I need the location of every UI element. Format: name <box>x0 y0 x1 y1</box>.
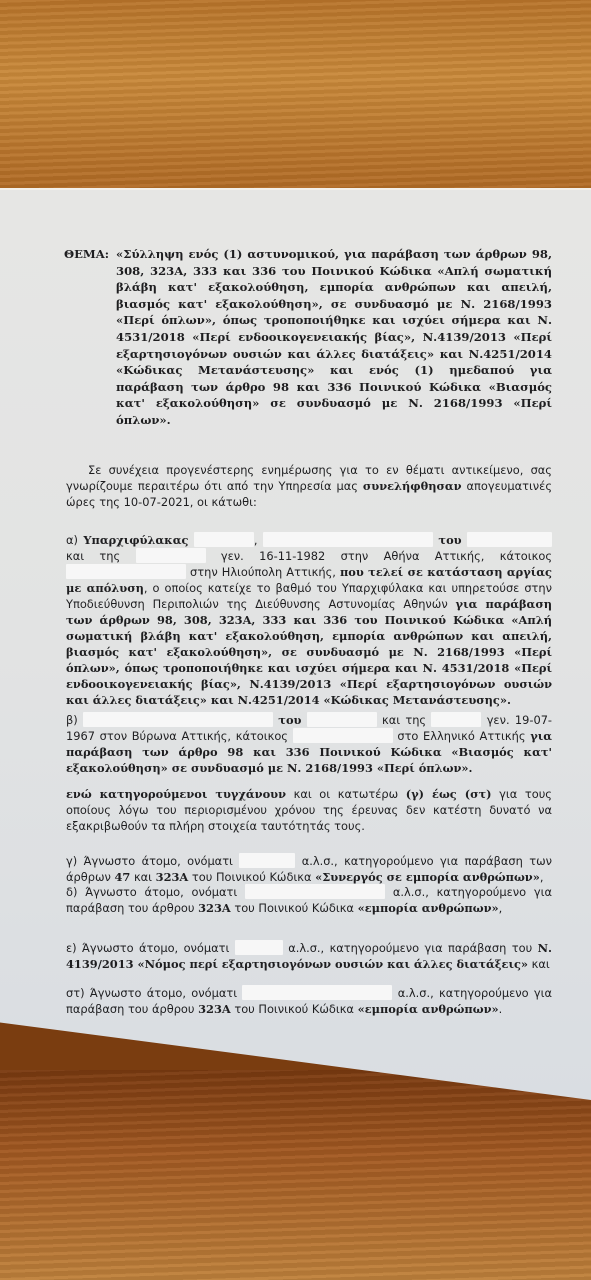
redaction-box <box>245 884 385 899</box>
wooden-table-bottom <box>0 1070 591 1280</box>
redaction-box <box>263 532 433 547</box>
item-g-paragraph: γ) Άγνωστο άτομο, ονόματι α.λ.σ., κατηγο… <box>66 853 552 885</box>
subject-block: ΘΕΜΑ: «Σύλληψη ενός (1) αστυνομικού, για… <box>64 246 552 429</box>
arrested-emphasis: συνελήφθησαν <box>363 479 462 493</box>
redaction-box <box>194 532 254 547</box>
intro-paragraph: Σε συνέχεια προγενέστερης ενημέρωσης για… <box>66 462 552 510</box>
item-a-paragraph: α) Υπαρχιφύλακας , του και της γεν. 16-1… <box>66 532 552 708</box>
redaction-box <box>239 853 295 868</box>
redaction-box <box>66 564 186 579</box>
item-e-paragraph: ε) Άγνωστο άτομο, ονόματι α.λ.σ., κατηγο… <box>66 940 552 972</box>
wooden-table-top <box>0 0 591 192</box>
redaction-box <box>431 712 481 727</box>
redaction-box <box>83 712 273 727</box>
item-d-paragraph: δ) Άγνωστο άτομο, ονόματι α.λ.σ., κατηγο… <box>66 884 552 916</box>
item-st-paragraph: στ) Άγνωστο άτομο, ονόματι α.λ.σ., κατηγ… <box>66 985 552 1017</box>
rank-label: Υπαρχιφύλακας <box>83 533 188 547</box>
redaction-box <box>467 532 552 547</box>
item-a-charges: για παράβαση των άρθρων 98, 308, 323Α, 3… <box>66 597 552 707</box>
redaction-box <box>242 985 392 1000</box>
redaction-box <box>307 712 377 727</box>
item-b-paragraph: β) του και της γεν. 19-07-1967 στον Βύρω… <box>66 712 552 776</box>
subject-text: «Σύλληψη ενός (1) αστυνομικού, για παράβ… <box>116 246 552 429</box>
redaction-box <box>136 548 206 563</box>
accused-paragraph: ενώ κατηγορούμενοι τυγχάνουν και οι κατω… <box>66 786 552 834</box>
redaction-box <box>293 728 393 743</box>
redaction-box <box>235 940 283 955</box>
subject-label: ΘΕΜΑ: <box>64 246 109 263</box>
